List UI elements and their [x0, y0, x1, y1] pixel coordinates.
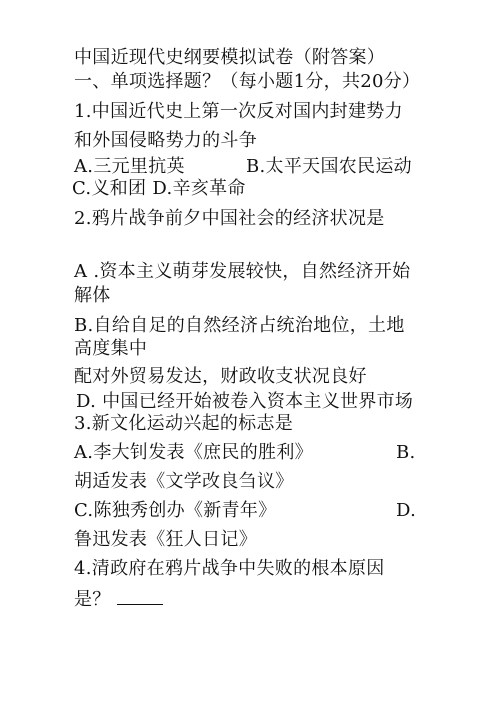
- question-3-options-row1: A.李大钊发表《庶民的胜利》: [74, 442, 313, 464]
- question-2-option-a-line1: A .资本主义萌芽发展较快，自然经济开始: [74, 261, 410, 283]
- question-2-stem: 2.鸦片战争前夕中国社会的经济状况是: [74, 208, 385, 230]
- question-3-option-d-text: 鲁迅发表《狂人日记》: [74, 529, 257, 551]
- question-1-stem-line1: 1.中国近代史上第一次反对国内封建势力: [74, 101, 403, 123]
- section-heading: 一、单项选择题？（每小题1分，共20分）: [74, 71, 420, 93]
- question-1-option-c: C.义和团: [72, 178, 146, 199]
- question-1-option-a: A.三元里抗英: [74, 156, 185, 177]
- question-1-options-row1: A.三元里抗英 B.太平天国农民运动: [74, 156, 185, 178]
- question-2-option-b-line2: 高度集中: [74, 338, 147, 360]
- question-1-options-row2: C.义和团 D.辛亥革命: [72, 178, 246, 200]
- question-1-option-b: B.太平天国农民运动: [246, 156, 412, 178]
- question-3-option-d-label: D.: [396, 500, 416, 522]
- question-3-option-b-text: 胡适发表《文学改良刍议》: [74, 471, 294, 493]
- question-4-stem-text: 是？: [74, 589, 111, 610]
- question-3-option-a: A.李大钊发表《庶民的胜利》: [74, 442, 313, 463]
- question-4-stem-line2: 是？: [74, 588, 163, 611]
- answer-blank: [117, 588, 163, 605]
- question-4-stem-line1: 4.清政府在鸦片战争中失败的根本原因: [74, 558, 385, 580]
- question-1-option-d: D.辛亥革命: [152, 178, 245, 199]
- question-2-option-b-line1: B.自给自足的自然经济占统治地位，土地: [74, 315, 405, 337]
- question-3-stem: 3.新文化运动兴起的标志是: [74, 413, 293, 435]
- question-2-option-c: 配对外贸易发达，财政收支状况良好: [74, 366, 367, 388]
- question-2-option-d: D. 中国已经开始被卷入资本主义世界市场: [76, 391, 413, 413]
- question-1-stem-line2: 和外国侵略势力的斗争: [74, 130, 257, 152]
- question-3-option-b-label: B.: [396, 442, 416, 464]
- question-2-option-a-line2: 解体: [74, 285, 111, 307]
- question-3-option-c: C.陈独秀创办《新青年》: [74, 500, 276, 522]
- document-title: 中国近现代史纲要模拟试卷（附答案）: [74, 47, 385, 69]
